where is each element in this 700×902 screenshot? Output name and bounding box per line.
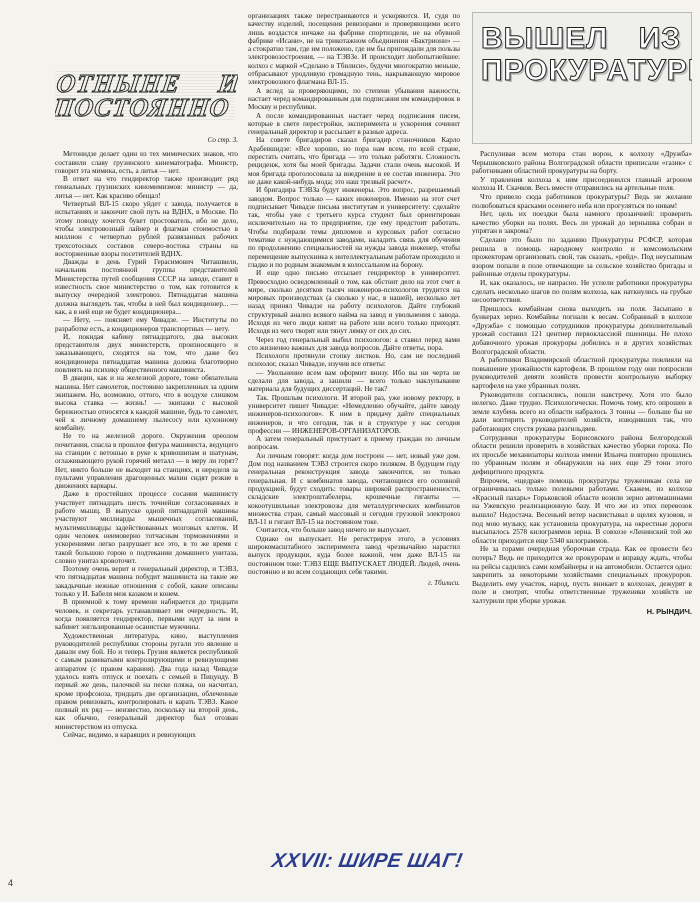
right-article: ВЫШЕЛ ИЗ ПРОКУРАТУРЫ Распуливая всем мот… [472,12,692,892]
paragraph: Художественная литература, кино, выступл… [55,632,238,732]
paragraph: Четвертый ВЛ-15 скоро уйдет с завода, по… [55,200,238,258]
paragraph: Однако он выпускает. Не регистрируя этог… [248,535,460,576]
paragraph: — Нету, — поясняет ему Чивадзе. — Инстит… [55,316,238,333]
paragraph: Метонидзе делает один из тех мимических … [55,150,238,175]
paragraph: Что привело сюда работников прокуратуры?… [472,193,692,210]
paragraph: И еще одно письмо отсылает гендиректор в… [248,269,460,335]
paragraph: Сделано это было по заданию Прокуратуры … [472,236,692,279]
right-article-headline: ВЫШЕЛ ИЗ ПРОКУРАТУРЫ [481,23,681,87]
paragraph: А после командированных настает черед по… [248,112,460,137]
article-author: Н. РЫНДИЧ. [472,608,692,617]
paragraph: Дважды в день Гурий Герасимович Читашвил… [55,258,238,316]
paragraph: организациях также перестраиваются и уск… [248,12,460,87]
paragraph: Нет, цель их поездки была намного прозаи… [472,210,692,236]
page-margin [0,0,50,902]
paragraph: Через год генеральный выбил психологов: … [248,336,460,353]
paragraph: Сотрудники прокуратуры Борисовского райо… [472,434,692,477]
paragraph: Психологи протянули стопку листков. Но, … [248,352,460,369]
paragraph: Поэтому очень верит и генеральный директ… [55,565,238,598]
paragraph: И бригадира ТЭВЗа будут инженеры. Это во… [248,186,460,269]
paragraph: Не то на железной дороге. Окружения орео… [55,432,238,490]
paragraph: — Увольнение всем вам оформит внизу. Ибо… [248,369,460,394]
paragraph: И, как оказалось, не напрасно. Не успели… [472,279,692,305]
paragraph: Распуливая всем мотора стан ворон, к кол… [472,150,692,176]
paragraph: Сейчас, видимо, в караящих и ревизующих [55,731,238,739]
paragraph: Считается, что больше завод ничего не вы… [248,526,460,534]
page-number: 4 [8,878,13,888]
left-article-headline: ОТНЫНЕ И ПОСТОЯННО [55,72,238,120]
paragraph: Руководители согласились, пошли навстреч… [472,391,692,434]
slogan-banner: XXVII: ШИРЕ ШАГ! [270,848,471,874]
paragraph: На совете бригадиров сказал бригадир ста… [248,136,460,186]
left-headline-box: ОТНЫНЕ И ПОСТОЯННО [55,12,238,132]
paragraph: А вслед за проверяющими, по степени убыв… [248,87,460,112]
article-signature: г. Тбилиси. [248,579,460,587]
left-article: ОТНЫНЕ И ПОСТОЯННО Со стр. 3. Метонидзе … [55,12,238,872]
right-headline-box: ВЫШЕЛ ИЗ ПРОКУРАТУРЫ [472,12,692,144]
middle-article: организациях также перестраиваются и уск… [248,12,460,842]
paragraph: Пришлось комбайнам снова выходить на пол… [472,305,692,357]
paragraph: В двацин, как и на железной дороге, тоже… [55,374,238,432]
paragraph: А затем генеральный приступает к приему … [248,435,460,452]
paragraph: В ответ на что гендиректор также произво… [55,175,238,200]
paragraph: У правления колхоза к ним присоединился … [472,176,692,193]
continuation-note: Со стр. 3. [55,136,238,144]
paragraph: И, покидая кабину пятнадцатого, два высо… [55,333,238,374]
magazine-page: ОТНЫНЕ И ПОСТОЯННО Со стр. 3. Метонидзе … [0,0,700,902]
paragraph: Так. Прошлым психологи. И второй раз, уж… [248,394,460,435]
paragraph: Впрочем, «щедрая» помощь прокуратуры тру… [472,477,692,546]
paragraph: А работники Владимирской областной проку… [472,356,692,390]
paragraph: В приемной к тому времени набирается до … [55,598,238,631]
paragraph: Ан личным говорят: когда дом построен — … [248,452,460,527]
paragraph: Даже в простейших процессе сосания машин… [55,490,238,565]
paragraph: Не за горами очередная уборочная страда.… [472,545,692,605]
